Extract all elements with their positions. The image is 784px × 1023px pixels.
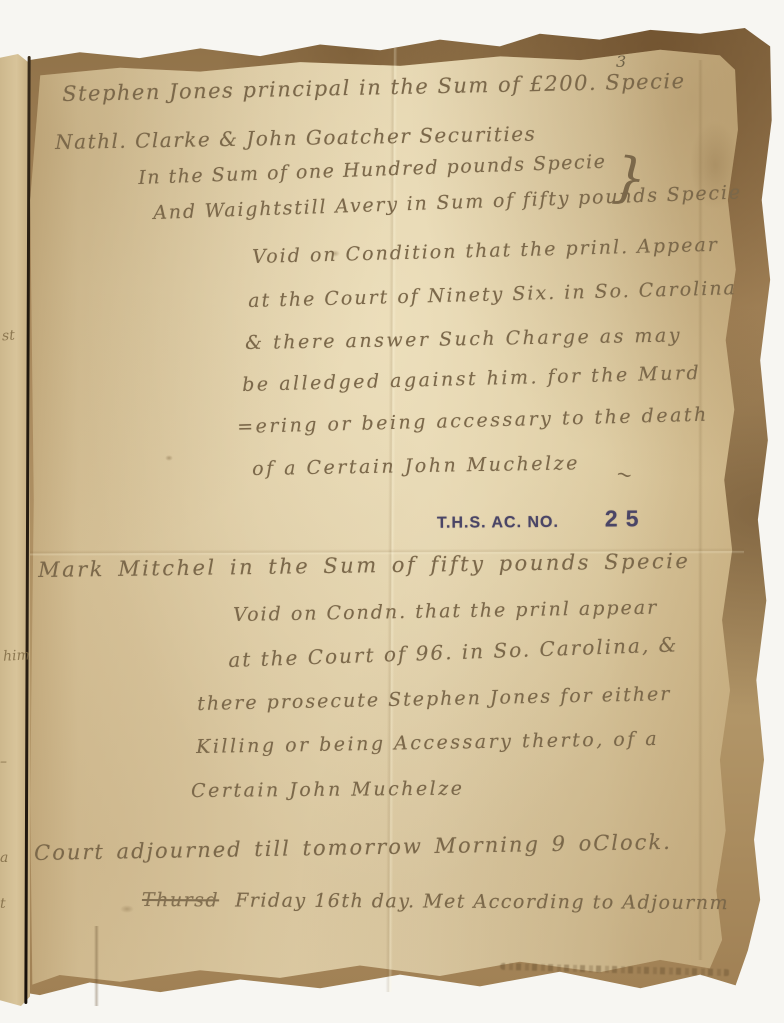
- margin-fragment: him: [3, 647, 31, 664]
- page-number: 3: [616, 52, 626, 71]
- struck-word: Thursd: [142, 889, 219, 911]
- margin-fragment: a: [0, 850, 8, 866]
- accession-stamp: T.H.S. AC. NO.25: [437, 505, 647, 533]
- manuscript-scan: 3 Stephen Jones principal in the Sum of …: [0, 0, 784, 1023]
- stamp-number: 25: [605, 505, 647, 531]
- margin-fragment: st: [1, 328, 15, 345]
- stamp-label: T.H.S. AC. NO.: [437, 514, 559, 532]
- manuscript-line: Certain John Muchelze: [191, 780, 465, 801]
- margin-fragment: –: [0, 754, 7, 770]
- manuscript-dateline: ThursdFriday 16th day. Met According to …: [142, 891, 729, 913]
- margin-fragment: t: [0, 896, 6, 912]
- dateline-text: Friday 16th day. Met According to Adjour…: [235, 889, 729, 914]
